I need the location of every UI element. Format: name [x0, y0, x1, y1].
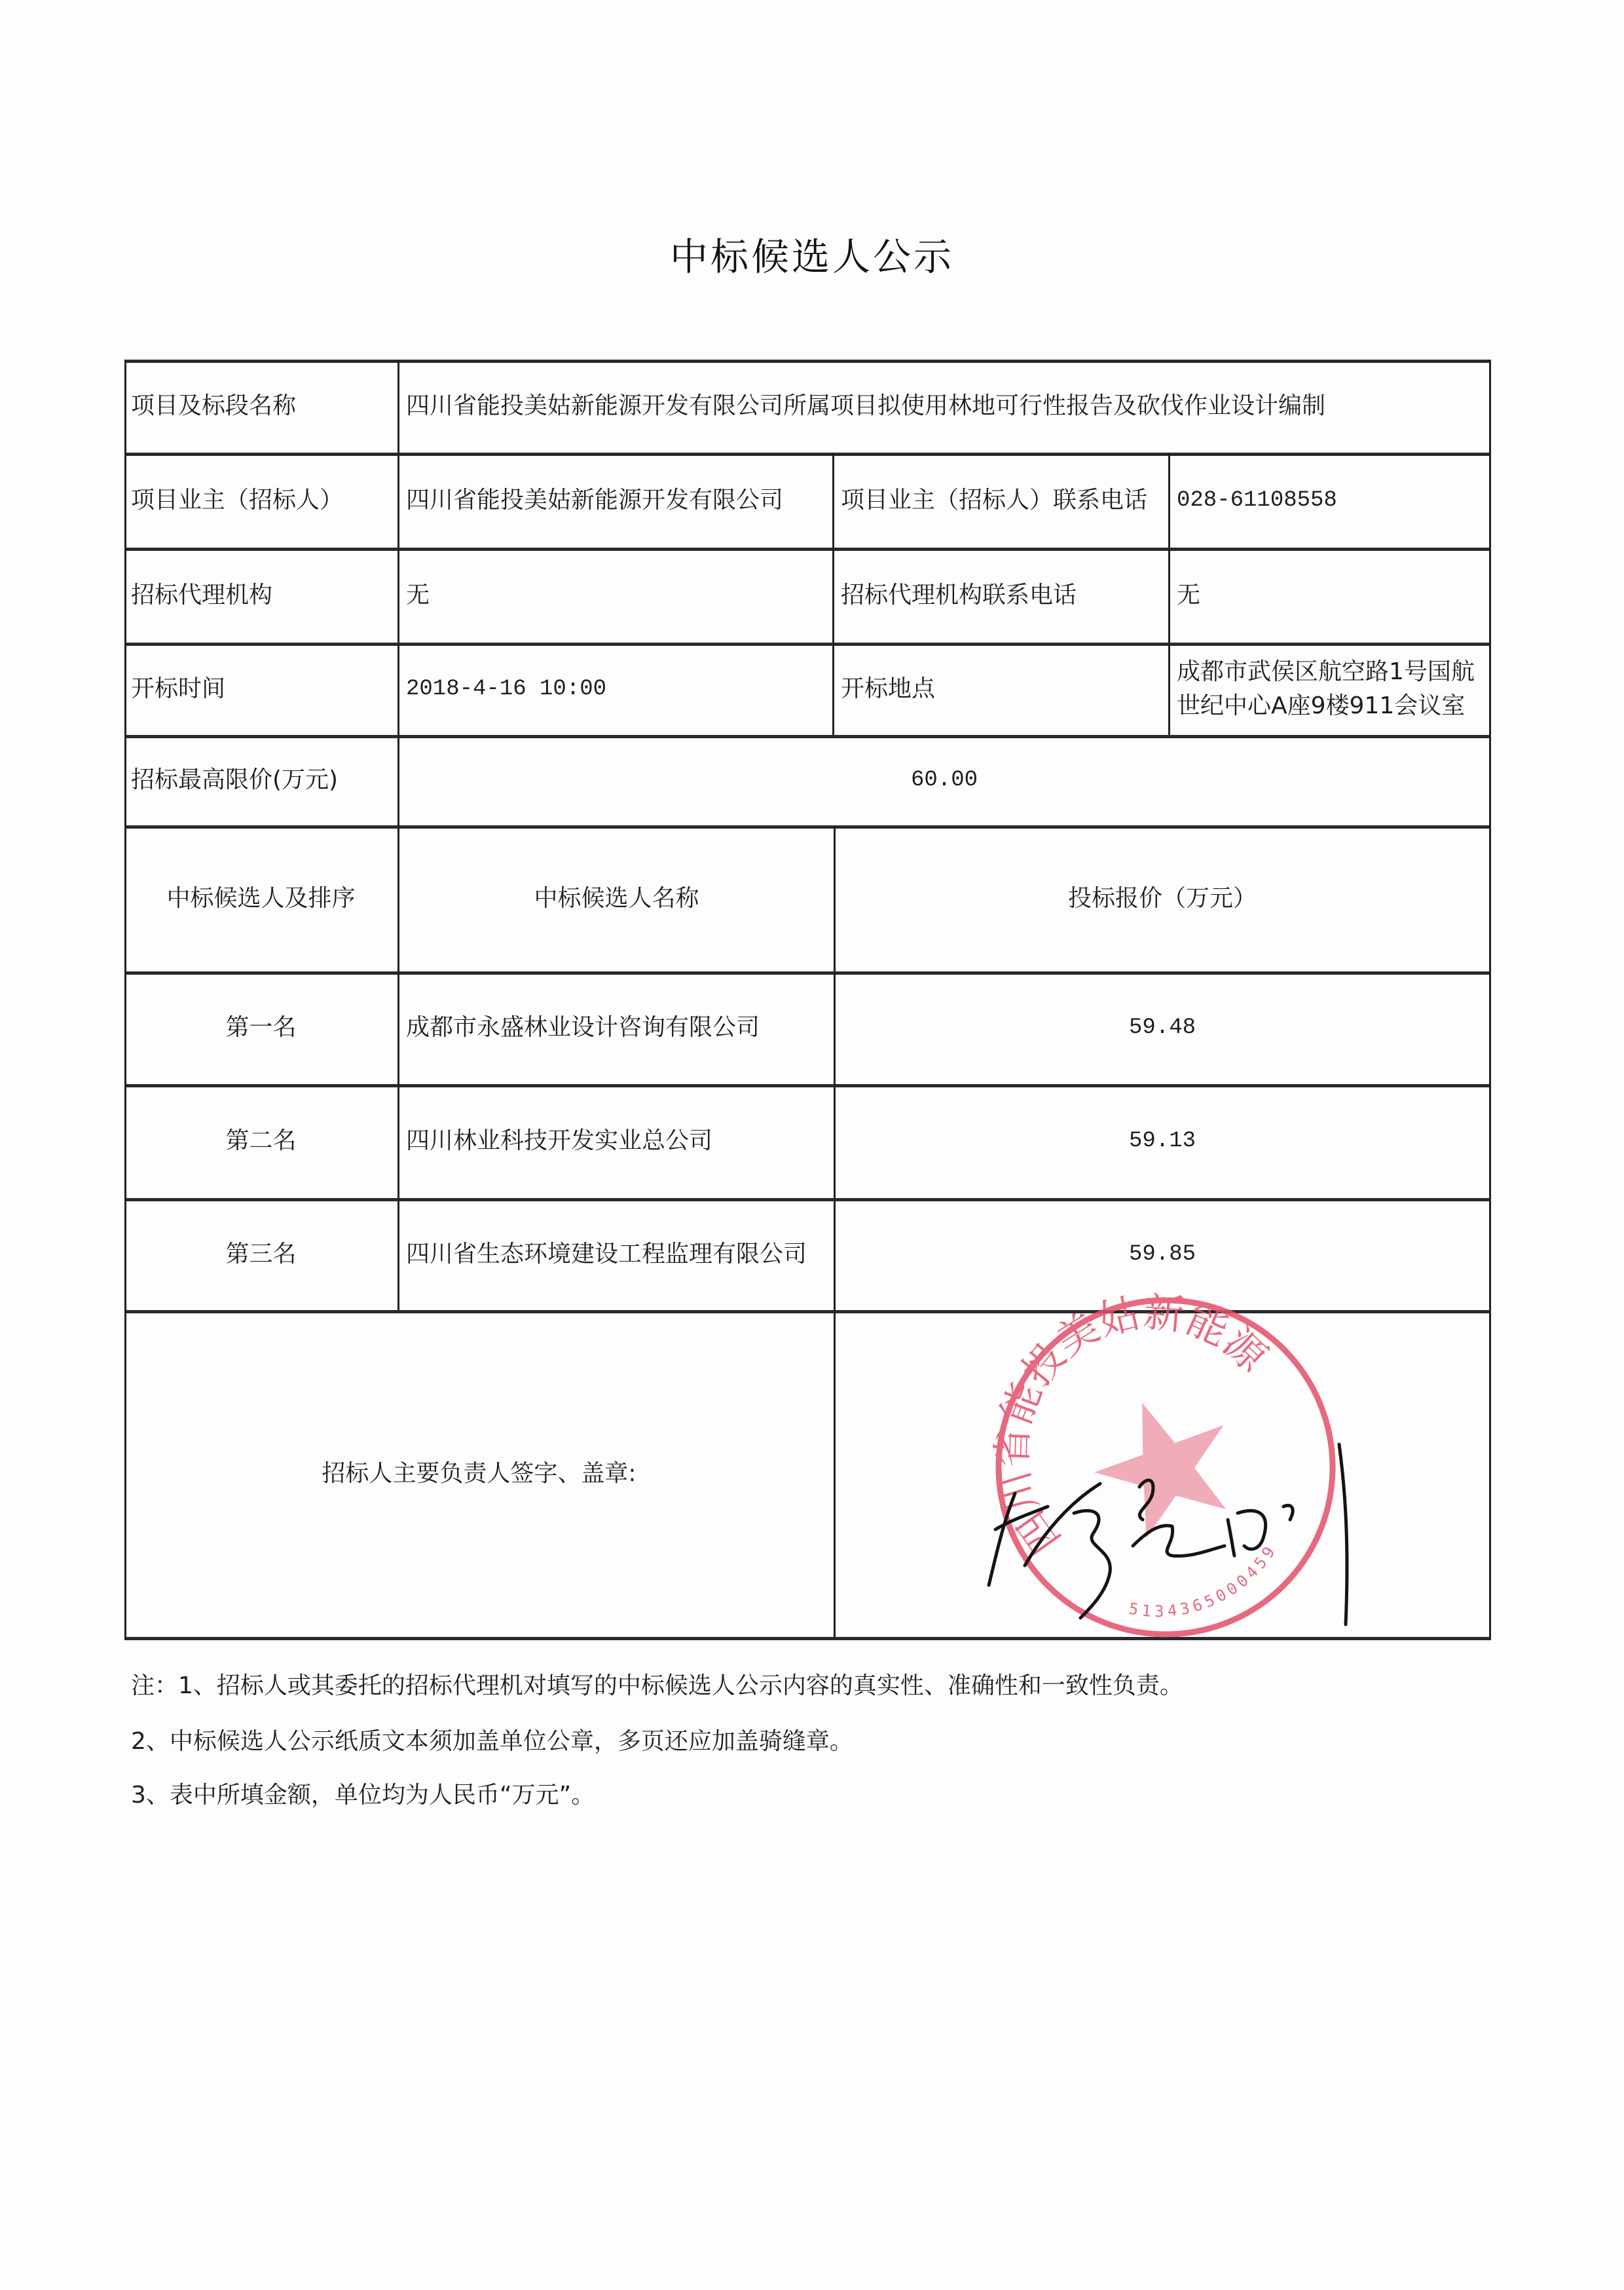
candidate-price: 59.85 [836, 1198, 1489, 1310]
project-name-value: 四川省能投美姑新能源开发有限公司所属项目拟使用林地可行性报告及砍伐作业设计编制 [399, 360, 1489, 453]
note-3: 3、表中所填金额，单位均为人民币“万元”。 [131, 1776, 595, 1810]
agency-phone-value: 无 [1170, 548, 1489, 643]
candidate-rank: 第二名 [124, 1084, 397, 1198]
open-time-value: 2018-4-16 10:00 [399, 643, 832, 735]
owner-value: 四川省能投美姑新能源开发有限公司 [399, 453, 832, 548]
candidate-name: 成都市永盛林业设计咨询有限公司 [399, 971, 834, 1084]
candidate-name: 四川林业科技开发实业总公司 [399, 1084, 834, 1198]
note-2: 2、中标候选人公示纸质文本须加盖单位公章，多页还应加盖骑缝章。 [131, 1723, 853, 1756]
open-place-value: 成都市武侯区航空路1号国航世纪中心A座9楼911会议室 [1170, 643, 1489, 735]
owner-phone-value: 028-61108558 [1170, 453, 1489, 548]
candidate-rank-header: 中标候选人及排序 [124, 825, 397, 971]
candidate-name: 四川省生态环境建设工程监理有限公司 [399, 1198, 834, 1310]
candidate-price-header: 投标报价（万元） [836, 825, 1489, 971]
table-line [124, 1637, 1491, 1640]
open-place-label: 开标地点 [834, 643, 1168, 735]
candidate-price: 59.13 [836, 1084, 1489, 1198]
signature-label: 招标人主要负责人签字、盖章: [124, 1310, 834, 1637]
owner-phone-label: 项目业主（招标人）联系电话 [834, 453, 1168, 548]
bid-candidate-table: 项目及标段名称 四川省能投美姑新能源开发有限公司所属项目拟使用林地可行性报告及砍… [124, 360, 1491, 1639]
candidate-price: 59.48 [836, 971, 1489, 1084]
table-line [1489, 360, 1491, 1640]
owner-label: 项目业主（招标人） [124, 453, 397, 548]
candidate-rank: 第三名 [124, 1198, 397, 1310]
project-name-label: 项目及标段名称 [124, 360, 397, 453]
note-1: 注：1、招标人或其委托的招标代理机对填写的中标候选人公示内容的真实性、准确性和一… [131, 1667, 1183, 1700]
agency-label: 招标代理机构 [124, 548, 397, 643]
page-title: 中标候选人公示 [0, 226, 1624, 281]
max-price-label: 招标最高限价(万元) [124, 735, 397, 825]
candidate-rank: 第一名 [124, 971, 397, 1084]
open-time-label: 开标时间 [124, 643, 397, 735]
agency-value: 无 [399, 548, 832, 643]
agency-phone-label: 招标代理机构联系电话 [834, 548, 1168, 643]
candidate-name-header: 中标候选人名称 [399, 825, 834, 971]
max-price-value: 60.00 [399, 735, 1489, 825]
